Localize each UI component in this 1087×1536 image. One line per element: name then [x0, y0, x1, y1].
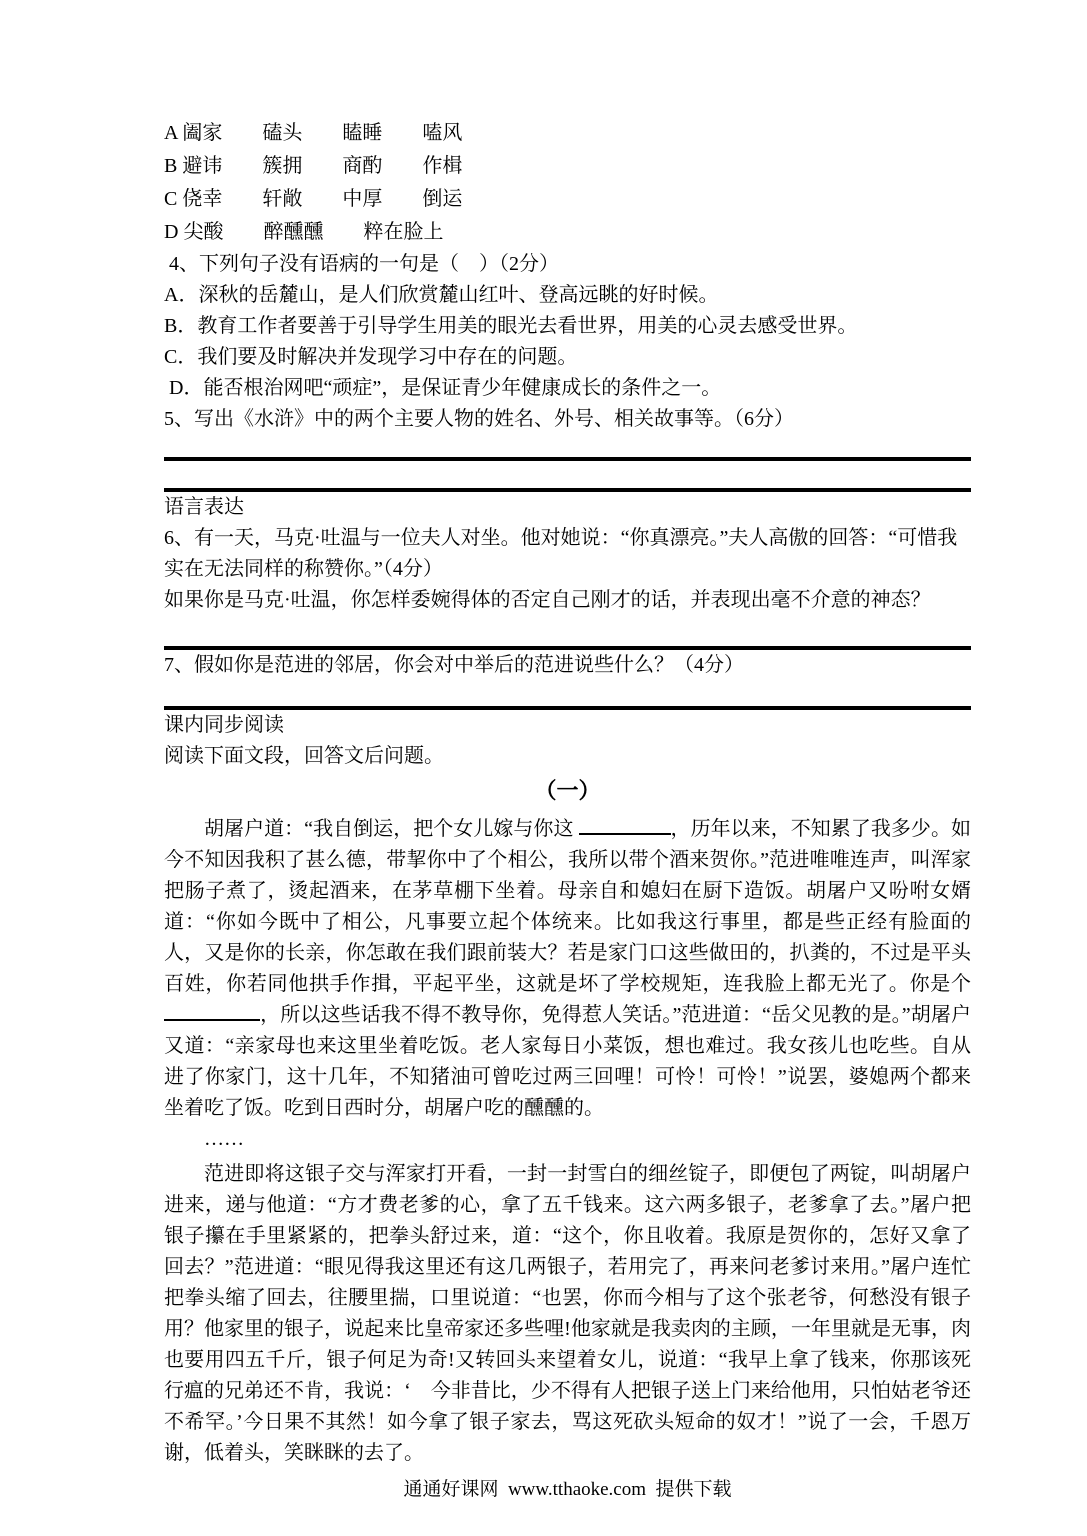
section-title-language-expression: 语言表达 — [164, 492, 971, 523]
reading-instruction: 阅读下面文段，回答文后问题。 — [164, 741, 971, 772]
word-row-b: B 避讳 簇拥 商酌 作楫 — [164, 150, 971, 183]
divider-line — [164, 457, 971, 461]
question-6-stem: 6、有一天，马克·吐温与一位夫人对坐。他对她说：“你真漂亮。”夫人高傲的回答：“… — [164, 523, 971, 585]
word-row-a: A 阖家 磕头 瞌睡 嗑风 — [164, 117, 971, 150]
question-4-option-d: D．能否根治网吧“顽症”，是保证青少年健康成长的条件之一。 — [164, 373, 971, 404]
fill-in-blank-1 — [579, 817, 671, 835]
question-4-stem: 4、下列句子没有语病的一句是（ ）（2分） — [164, 249, 971, 280]
question-5-stem: 5、写出《水浒》中的两个主要人物的姓名、外号、相关故事等。（6分） — [164, 404, 971, 435]
footer-credit: 通通好课网 www.tthaoke.com 提供下载 — [164, 1475, 971, 1505]
question-4-option-a: A．深秋的岳麓山，是人们欣赏麓山红叶、登高远眺的好时候。 — [164, 280, 971, 311]
exam-page: A 阖家 磕头 瞌睡 嗑风 B 避讳 簇拥 商酌 作楫 C 侥幸 轩敞 中厚 倒… — [0, 0, 1087, 1536]
passage-text: ，所以这些话我不得不教导你，免得惹人笑话。”范进道：“岳父见教的是。”胡屠户又道… — [164, 1004, 971, 1119]
passage-part-label: （一） — [164, 774, 971, 808]
section-title-reading: 课内同步阅读 — [164, 710, 971, 741]
content-area: A 阖家 磕头 瞌睡 嗑风 B 避讳 簇拥 商酌 作楫 C 侥幸 轩敞 中厚 倒… — [164, 117, 971, 1505]
passage-paragraph-1: 胡屠户道：“我自倒运，把个女儿嫁与你这 ，历年以来，不知累了我多少。如今不知因我… — [164, 814, 971, 1124]
passage-text: ，历年以来，不知累了我多少。如今不知因我积了甚么德，带挈你中了个相公，我所以带个… — [164, 818, 971, 995]
question-7-stem: 7、假如你是范进的邻居，你会对中举后的范进说些什么？（4分） — [164, 650, 971, 681]
question-6-prompt: 如果你是马克·吐温，你怎样委婉得体的否定自己刚才的话，并表现出毫不介意的神态？ — [164, 585, 971, 616]
question-4-option-b: B．教育工作者要善于引导学生用美的眼光去看世界，用美的心灵去感受世界。 — [164, 311, 971, 342]
word-row-c: C 侥幸 轩敞 中厚 倒运 — [164, 183, 971, 216]
passage-ellipsis: …… — [164, 1124, 971, 1155]
word-row-d: D 尖酸 醉醺醺 粹在脸上 — [164, 216, 971, 249]
fill-in-blank-2 — [164, 1003, 260, 1021]
question-4-option-c: C．我们要及时解决并发现学习中存在的问题。 — [164, 342, 971, 373]
question-4: 4、下列句子没有语病的一句是（ ）（2分） A．深秋的岳麓山，是人们欣赏麓山红叶… — [164, 249, 971, 404]
passage-text: 胡屠户道：“我自倒运，把个女儿嫁与你这 — [204, 818, 579, 840]
passage-paragraph-2: 范进即将这银子交与浑家打开看，一封一封雪白的细丝锭子，即便包了两锭，叫胡屠户进来… — [164, 1159, 971, 1469]
question-3-options: A 阖家 磕头 瞌睡 嗑风 B 避讳 簇拥 商酌 作楫 C 侥幸 轩敞 中厚 倒… — [164, 117, 971, 249]
